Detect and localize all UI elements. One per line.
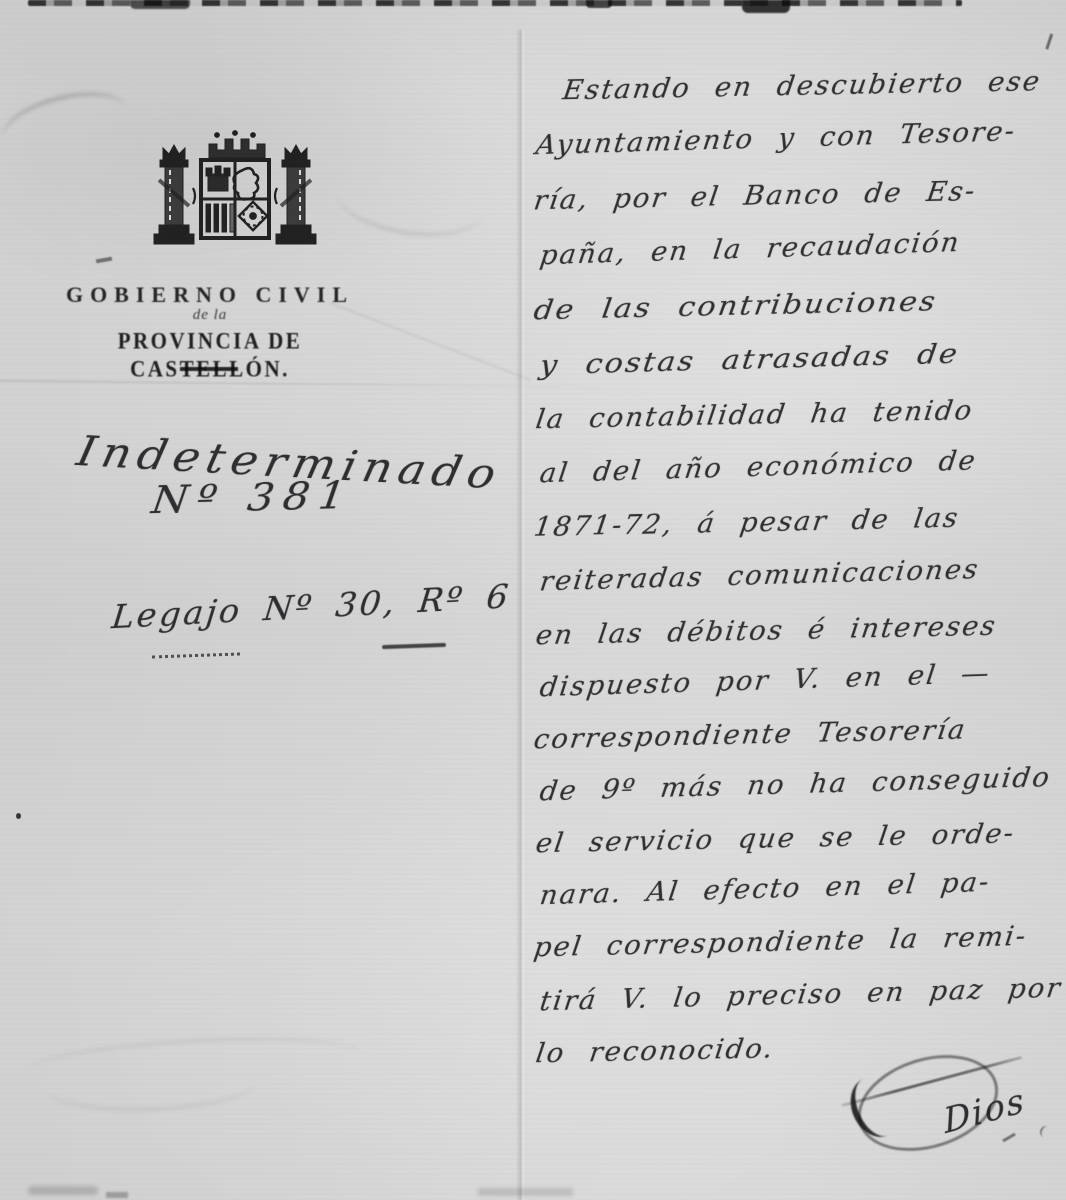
handwritten-line: Ayuntamiento y con Tesore- <box>534 116 1018 161</box>
ink-dash-mark <box>96 257 112 264</box>
ink-showthrough-mark <box>0 81 135 170</box>
vertical-fold-line <box>516 30 526 1200</box>
ink-speck <box>1038 1124 1053 1139</box>
scan-artifact-corner-mark <box>1036 30 1053 49</box>
reference-number: Nº 381 <box>149 473 357 522</box>
handwritten-line: en las débitos é intereses <box>534 610 999 651</box>
reference-dash <box>382 643 446 649</box>
scan-artifact-smudge <box>478 1188 573 1196</box>
ink-speck <box>1002 1133 1016 1143</box>
handwritten-line: dispuesto por V. en el — <box>538 658 993 703</box>
ink-showthrough-mark <box>332 158 490 244</box>
scan-artifact-blob <box>130 0 190 9</box>
scan-artifact-blob <box>586 0 612 8</box>
handwritten-line: el servicio que se le orde- <box>534 818 1017 859</box>
handwritten-line: ría, por el Banco de Es- <box>532 176 979 216</box>
scan-artifact-smudge <box>28 1186 98 1195</box>
reference-file: Legajo Nº 30, Rº 6 <box>110 577 513 636</box>
handwritten-line: pel correspondiente la remi- <box>532 921 1029 963</box>
coat-of-arms-icon <box>147 128 323 276</box>
ink-showthrough-mark <box>29 1031 361 1090</box>
handwritten-line: reiteradas comunicaciones <box>538 554 982 597</box>
handwritten-line: 1871-72, á pesar de las <box>532 502 962 543</box>
ink-dot <box>16 813 21 819</box>
handwritten-line: nara. Al efecto en el pa- <box>538 867 992 912</box>
letterhead-org-name: GOBIERNO CIVIL <box>58 282 362 308</box>
handwritten-line: y costas atrasadas de <box>538 338 961 381</box>
letterhead-province-name: PROVINCIA DE CASTELLÓN. <box>50 327 370 383</box>
handwritten-line: paña, en la recaudación <box>538 227 963 271</box>
handwritten-line: correspondiente Tesorería <box>532 714 969 755</box>
handwritten-line: lo reconocido. <box>534 1033 777 1069</box>
handwritten-line: de las contribuciones <box>532 286 939 326</box>
scanned-letter-page: GOBIERNO CIVIL de la PROVINCIA DE CASTEL… <box>0 0 1066 1200</box>
handwritten-line: tirá V. lo preciso en paz por <box>538 972 1064 1017</box>
handwritten-line: Estando en descubierto ese <box>561 66 1044 106</box>
handwritten-line: la contabilidad ha tenido <box>534 395 976 435</box>
handwritten-line: al del año económico de <box>538 445 979 489</box>
letterhead-rule <box>180 367 238 371</box>
reference-dotted-underline <box>152 652 240 658</box>
letterhead-org-connector: de la <box>58 307 362 324</box>
scan-artifact-blob <box>742 0 790 13</box>
scan-artifact-smudge <box>106 1192 128 1198</box>
handwritten-line: de 9º más no ha conseguido <box>538 762 1053 807</box>
